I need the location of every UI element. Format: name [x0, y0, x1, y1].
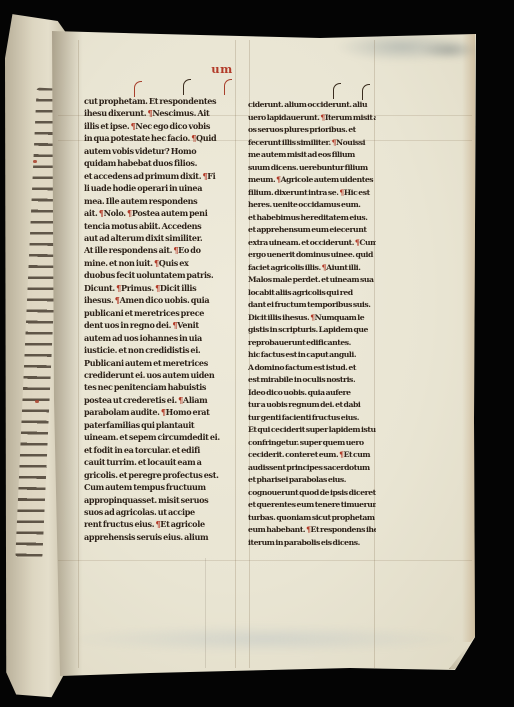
cadel-ascender — [362, 84, 370, 100]
manuscript-text-line: tencia motus abiit. Accedens — [84, 220, 234, 232]
manuscript-text-line: tur a uobis regnum dei. et dabi — [248, 399, 376, 412]
manuscript-text-line: ait. ¶Nolo. ¶Postea autem peni — [84, 207, 234, 219]
manuscript-text-line: mea. Ille autem respondens — [84, 195, 234, 207]
manuscript-text-line: Dicunt. ¶Primus. ¶Dicit illis — [84, 282, 234, 294]
manuscript-text-line: ergo uenerit dominus uinee. quid — [248, 249, 376, 262]
pilcrow-mark: ¶ — [355, 238, 359, 247]
manuscript-text-line: cut prophetam. Et respondentes — [84, 95, 234, 107]
manuscript-text-line: uineam. et sepem circumdedit ei. — [84, 431, 234, 443]
manuscript-text-line: ihesus. ¶Amen dico uobis. quia — [84, 294, 234, 306]
manuscript-text-line: reprobauerunt edificantes. — [248, 337, 376, 350]
pilcrow-mark: ¶ — [115, 295, 120, 305]
pilcrow-mark: ¶ — [178, 395, 183, 405]
manuscript-text-line: et habebimus hereditatem eius. — [248, 212, 376, 225]
manuscript-text-line: mine. et non iuit. ¶Quis ex — [84, 257, 234, 269]
manuscript-text-line: apprehensis seruis eius. alium — [84, 531, 234, 543]
manuscript-text-line: parabolam audite. ¶Homo erat — [84, 406, 234, 418]
manuscript-text-line: et pharisei parabolas eius. — [248, 474, 376, 487]
pilcrow-mark: ¶ — [276, 175, 280, 184]
pilcrow-mark: ¶ — [148, 108, 153, 118]
manuscript-page: um cut prophetam. Et respondentesihesu d… — [0, 0, 514, 707]
manuscript-text-line: et accedens ad primum dixit. ¶Fi — [84, 170, 234, 182]
pilcrow-mark: ¶ — [339, 188, 343, 197]
manuscript-text-line: paterfamilias qui plantauit — [84, 419, 234, 431]
pilcrow-mark: ¶ — [306, 525, 310, 534]
pilcrow-mark: ¶ — [99, 208, 104, 218]
manuscript-text-line: et fodit in ea torcular. et edifi — [84, 444, 234, 456]
manuscript-text-line: Et qui ceciderit super lapidem istu — [248, 424, 376, 437]
pilcrow-mark: ¶ — [322, 263, 326, 272]
manuscript-text-line: hic factus est in caput anguli. — [248, 349, 376, 362]
manuscript-text-line: me autem misit ad eos filium — [248, 149, 376, 162]
ruling-line-horizontal — [58, 560, 472, 561]
manuscript-text-line: in qua potestate hec facio. ¶Quid — [84, 132, 234, 144]
manuscript-text-line: os seruos plures prioribus. et — [248, 124, 376, 137]
manuscript-text-line: filium. dixerunt intra se. ¶Hic est — [248, 187, 376, 200]
manuscript-text-line: meum. ¶Agricole autem uidentes — [248, 174, 376, 187]
manuscript-text-line: et apprehensum eum eiecerunt — [248, 224, 376, 237]
cadel-ascender — [183, 79, 191, 95]
manuscript-text-line: uero lapidauerunt. ¶Iterum misit ali — [248, 112, 376, 125]
manuscript-text-line: Cum autem tempus fructuum — [84, 481, 234, 493]
pilcrow-mark: ¶ — [154, 258, 159, 268]
manuscript-text-line: Dicit illis ihesus. ¶Numquam le — [248, 312, 376, 325]
manuscript-text-line: cognouerunt quod de ipsis diceret. — [248, 487, 376, 500]
manuscript-text-line: illis et ipse. ¶Nec ego dico vobis — [84, 120, 234, 132]
fore-edge-discoloration — [462, 34, 475, 642]
manuscript-text-line: est mirabile in oculis nostris. — [248, 374, 376, 387]
text-column-right: ciderunt. alium occiderunt. aliuuero lap… — [248, 99, 376, 549]
manuscript-text-line: suos ad agricolas. ut accipe — [84, 506, 234, 518]
rubric-fleck — [35, 400, 39, 403]
manuscript-text-line: rent fructus eius. ¶Et agricole — [84, 518, 234, 530]
manuscript-text-line: extra uineam. et occiderunt. ¶Cum — [248, 237, 376, 250]
manuscript-text-line: li uade hodie operari in uinea — [84, 182, 234, 194]
manuscript-text-line: Malos male perdet. et uineam sua — [248, 274, 376, 287]
pilcrow-mark: ¶ — [127, 208, 132, 218]
cadel-ascender — [333, 83, 341, 99]
pilcrow-mark: ¶ — [332, 138, 336, 147]
manuscript-text-line: Ideo dico uobis. quia aufere — [248, 387, 376, 400]
manuscript-text-line: aut ad alterum dixit similiter. — [84, 232, 234, 244]
pilcrow-mark: ¶ — [155, 283, 160, 293]
running-header: um — [208, 62, 236, 76]
manuscript-text-line: ceciderit. conteret eum. ¶Et cum — [248, 449, 376, 462]
manuscript-text-line: faciet agricolis illis. ¶Aiunt illi. — [248, 262, 376, 275]
manuscript-text-line: ihesu dixerunt. ¶Nescimus. Ait — [84, 107, 234, 119]
stain-bottom-band — [75, 626, 455, 652]
pilcrow-mark: ¶ — [172, 320, 177, 330]
pilcrow-mark: ¶ — [155, 519, 160, 529]
parchment-crease — [205, 558, 206, 668]
pilcrow-mark: ¶ — [202, 171, 207, 181]
manuscript-text-line: quidam habebat duos filios. — [84, 157, 234, 169]
manuscript-text-line: ciderunt. alium occiderunt. aliu — [248, 99, 376, 112]
cadel-ascender — [224, 79, 232, 95]
stain-top-right-dark — [420, 40, 480, 60]
manuscript-text-line: heres. uenite occidamus eum. — [248, 199, 376, 212]
pilcrow-mark: ¶ — [161, 407, 166, 417]
manuscript-text-line: tes nec penitenciam habuistis — [84, 381, 234, 393]
manuscript-text-line: tur genti facienti fructus eius. — [248, 412, 376, 425]
manuscript-text-line: autem ad uos iohannes in uia — [84, 332, 234, 344]
pilcrow-mark: ¶ — [310, 313, 314, 322]
pilcrow-mark: ¶ — [191, 133, 196, 143]
manuscript-text-line: eum habebant. ¶Et respondens ihesus dixi… — [248, 524, 376, 537]
manuscript-text-line: crediderunt ei. uos autem uiden — [84, 369, 234, 381]
manuscript-text-line: postea ut crederetis ei. ¶Aliam — [84, 394, 234, 406]
manuscript-text-line: autem vobis videtur? Homo — [84, 145, 234, 157]
ruling-line-vertical — [235, 40, 236, 668]
manuscript-text-line: duobus fecit uoluntatem patris. — [84, 269, 234, 281]
pilcrow-mark: ¶ — [339, 450, 343, 459]
pilcrow-mark: ¶ — [116, 283, 121, 293]
pilcrow-mark: ¶ — [173, 245, 178, 255]
photo-background: um cut prophetam. Et respondentesihesu d… — [0, 0, 514, 707]
manuscript-text-line: suum dicens. uerebuntur filium — [248, 162, 376, 175]
manuscript-text-line: gricolis. et peregre profectus est. — [84, 469, 234, 481]
pilcrow-mark: ¶ — [131, 121, 136, 131]
manuscript-text-line: gistis in scripturis. Lapidem que — [248, 324, 376, 337]
manuscript-text-line: At ille respondens ait. ¶Eo do — [84, 244, 234, 256]
text-column-left: cut prophetam. Et respondentesihesu dixe… — [84, 95, 234, 543]
manuscript-text-line: iterum in parabolis eis dicens. — [248, 537, 376, 550]
manuscript-text-line: A domino factum est istud. et — [248, 362, 376, 375]
manuscript-text-line: appropinquasset. misit seruos — [84, 494, 234, 506]
manuscript-text-line: locabit aliis agricolis qui red — [248, 287, 376, 300]
manuscript-text-line: publicani et meretrices prece — [84, 307, 234, 319]
manuscript-text-line: fecerunt illis similiter. ¶Nouissi — [248, 137, 376, 150]
manuscript-text-line: audissent principes sacerdotum — [248, 462, 376, 475]
manuscript-text-line: iusticie. et non credidistis ei. — [84, 344, 234, 356]
manuscript-text-line: dent uos in regno dei. ¶Venit — [84, 319, 234, 331]
manuscript-text-line: Publicani autem et meretrices — [84, 357, 234, 369]
pilcrow-mark: ¶ — [320, 113, 324, 122]
manuscript-text-line: et querentes eum tenere timuerunt — [248, 499, 376, 512]
manuscript-text-line: dant ei fructum temporibus suis. — [248, 299, 376, 312]
manuscript-text-line: turbas. quoniam sicut prophetam — [248, 512, 376, 525]
ruling-line-vertical — [78, 40, 79, 668]
rubric-fleck — [33, 160, 37, 163]
manuscript-text-line: cauit turrim. et locauit eam a — [84, 456, 234, 468]
manuscript-text-line: confringetur. super quem uero — [248, 437, 376, 450]
